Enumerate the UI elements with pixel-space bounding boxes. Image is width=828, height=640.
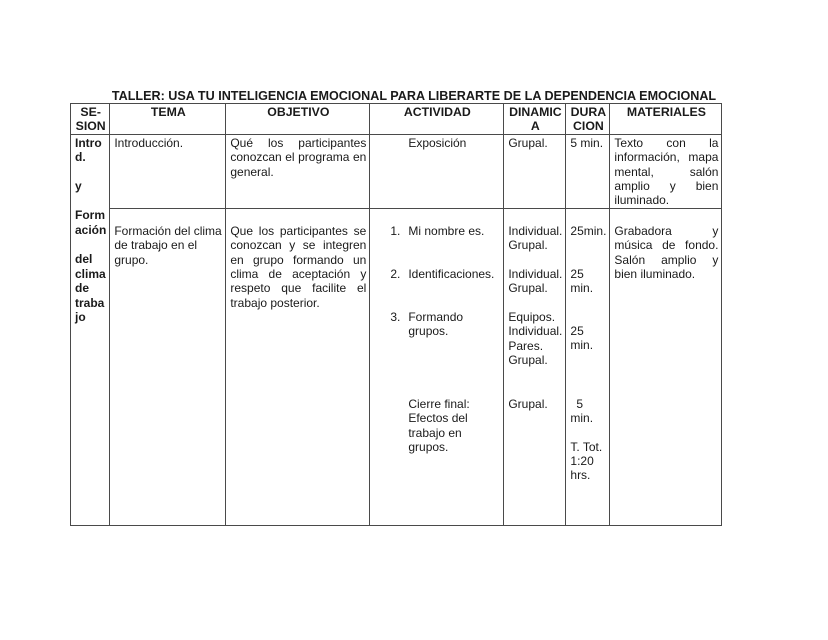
materiales-cell: Texto con la información, mapa mental, s… (610, 134, 722, 208)
header-tema: TEMA (110, 104, 226, 135)
header-dinamica: DINAMICA (504, 104, 566, 135)
table-row: Formación del clima de trabajo en el gru… (71, 208, 722, 525)
document-title: TALLER: USA TU INTELIGENCIA EMOCIONAL PA… (70, 89, 758, 103)
activity-item: 1.Mi nombre es. (374, 224, 500, 267)
table-row: Intro d. y Form ación del clima de traba… (71, 134, 722, 208)
tema-cell: Introducción. (110, 134, 226, 208)
materiales-cell: Grabadora y música de fondo. Salón ampli… (610, 208, 722, 525)
sesion-cell: Intro d. y Form ación del clima de traba… (71, 134, 110, 525)
tema-cell: Formación del clima de trabajo en el gru… (110, 208, 226, 525)
header-duracion: DURACION (566, 104, 610, 135)
workshop-table: SE-SION TEMA OBJETIVO ACTIVIDAD DINAMICA… (70, 103, 722, 526)
objetivo-cell: Que los participantes se conozcan y se i… (226, 208, 370, 525)
duracion-cell: 25min. 25min. 25min. 5min. T. Tot.1:20hr… (566, 208, 610, 525)
actividad-cell: 1.Mi nombre es. 2.Identificaciones. 3.Fo… (370, 208, 504, 525)
header-sesion: SE-SION (71, 104, 110, 135)
header-materiales: MATERIALES (610, 104, 722, 135)
objetivo-cell: Qué los participantes conozcan el progra… (226, 134, 370, 208)
header-actividad: ACTIVIDAD (370, 104, 504, 135)
header-row: SE-SION TEMA OBJETIVO ACTIVIDAD DINAMICA… (71, 104, 722, 135)
actividad-cell: Exposición (370, 134, 504, 208)
dinamica-cell: Individual.Grupal. Individual.Grupal. Eq… (504, 208, 566, 525)
duracion-cell: 5 min. (566, 134, 610, 208)
dinamica-cell: Grupal. (504, 134, 566, 208)
activity-item: 3.Formando grupos. (374, 310, 500, 397)
activity-item: 2.Identificaciones. (374, 267, 500, 310)
total-duration: T. Tot.1:20hrs. (570, 440, 606, 483)
activity-item: Cierre final: Efectos del trabajo en gru… (374, 397, 500, 455)
header-objetivo: OBJETIVO (226, 104, 370, 135)
